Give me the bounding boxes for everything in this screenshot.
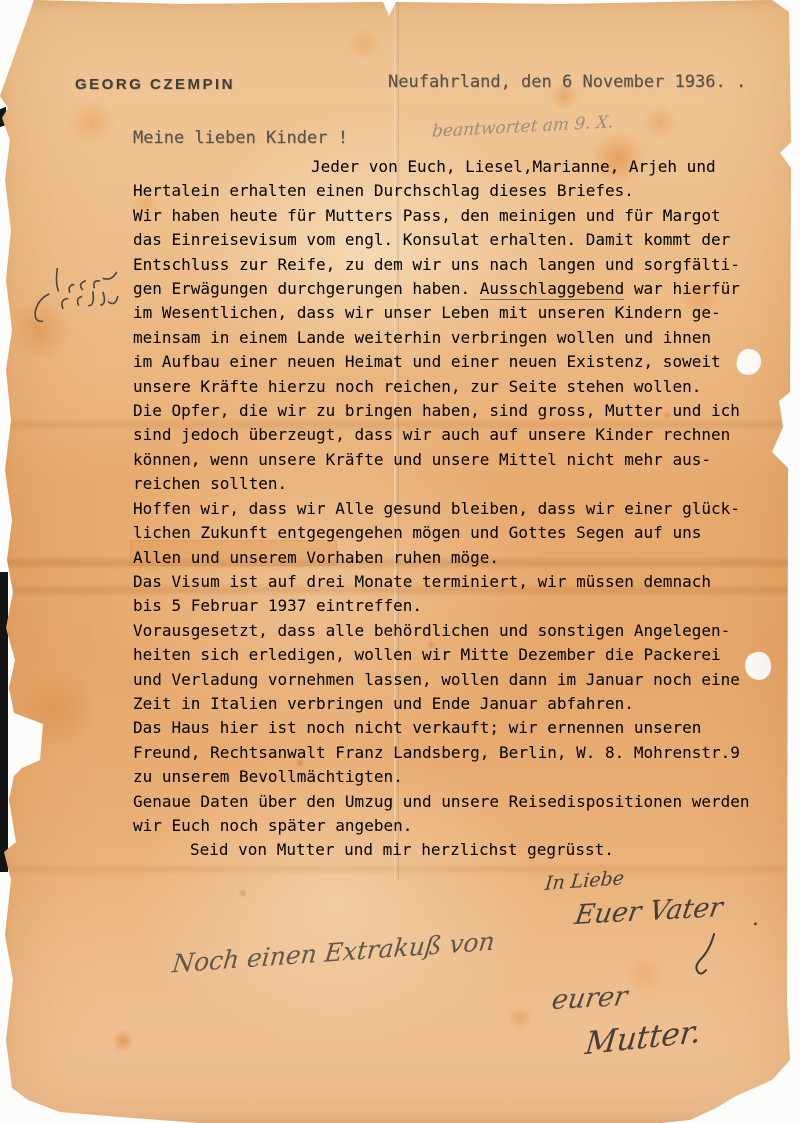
typed-line: Zeit in Italien verbringen und Ende Janu… <box>133 692 800 716</box>
typed-line-with-underline: gen Erwägungen durchgerungen haben. Auss… <box>133 277 800 301</box>
typed-line: bis 5 Februar 1937 eintreffen. <box>133 594 800 618</box>
typed-line: das Einreisevisum vom engl. Konsulat erh… <box>133 228 800 252</box>
typed-line: heiten sich erledigen, wollen wir Mitte … <box>133 643 800 667</box>
signature-flourish-icon <box>688 932 722 982</box>
typed-line: Wir haben heute für Mutters Pass, den me… <box>133 204 800 228</box>
salutation: Meine lieben Kinder ! <box>133 128 348 148</box>
typed-line-farewell: Seid von Mutter und mir herzlichst gegrü… <box>133 838 800 862</box>
typed-line: im Wesentlichen, dass wir unser Leben mi… <box>133 301 800 325</box>
letterhead-name: GEORG CZEMPIN <box>75 76 235 93</box>
typed-line: lichen Zukunft entgegengehen mögen und G… <box>133 521 800 545</box>
handwritten-eurer: eurer <box>550 981 630 1016</box>
typed-text: war hierfür <box>624 279 740 298</box>
typed-line: Freund, Rechtsanwalt Franz Landsberg, Be… <box>133 741 800 765</box>
typed-line: Allen und unserem Vorhaben ruhen möge. <box>133 546 800 570</box>
typed-line: Hertalein erhalten einen Durchschlag die… <box>133 179 800 203</box>
date-line: Neufahrland, den 6 November 1936. . <box>388 72 746 92</box>
typed-line: Hoffen wir, dass wir Alle gesund bleiben… <box>133 497 800 521</box>
typed-text: gen Erwägungen durchgerungen haben. <box>133 279 480 298</box>
typed-line: und Verladung vornehmen lassen, wollen d… <box>133 668 800 692</box>
handwritten-in-liebe: In Liebe <box>544 867 625 895</box>
pencil-annotation: beantwortet am 9. X. <box>431 112 614 142</box>
typed-line: im Aufbau einer neuen Heimat und einer n… <box>133 350 800 374</box>
horizontal-crease <box>0 862 800 876</box>
typed-line: wir Euch noch später angeben. <box>133 814 800 838</box>
typed-line: unsere Kräfte hierzu noch reichen, zur S… <box>133 375 800 399</box>
typed-line: sind jedoch überzeugt, dass wir auch auf… <box>133 423 800 447</box>
underlined-word: Ausschlaggebend <box>480 279 625 300</box>
typed-line: meinsam in einem Lande weiterhin verbrin… <box>133 326 800 350</box>
typed-line: zu unserem Bevollmächtigten. <box>133 765 800 789</box>
typed-line: Genaue Daten über den Umzug und unsere R… <box>133 790 800 814</box>
ink-dot: . <box>752 906 759 931</box>
mother-signature: Mutter. <box>583 1014 702 1063</box>
letter-body: Jeder von Euch, Liesel,Marianne, Arjeh u… <box>133 155 800 863</box>
typed-line: Das Visum ist auf drei Monate terminiert… <box>133 570 800 594</box>
typed-line: reichen sollten. <box>133 472 800 496</box>
hebrew-margin-note-icon <box>0 258 131 347</box>
typed-line: können, wenn unsere Kräfte und unsere Mi… <box>133 448 800 472</box>
father-signature: Euer Vater <box>573 892 725 931</box>
scanned-letter-page: GEORG CZEMPIN Neufahrland, den 6 Novembe… <box>0 0 800 1123</box>
typed-line: Jeder von Euch, Liesel,Marianne, Arjeh u… <box>133 155 800 179</box>
typed-line: Das Haus hier ist noch nicht verkauft; w… <box>133 716 800 740</box>
handwritten-extra-kiss-line: Noch einen Extrakuß von <box>171 927 496 979</box>
typed-line: Entschluss zur Reife, zu dem wir uns nac… <box>133 253 800 277</box>
scanner-black-edge <box>0 572 8 872</box>
typed-line: Vorausgesetzt, dass alle behördlichen un… <box>133 619 800 643</box>
aged-paper-sheet: GEORG CZEMPIN Neufahrland, den 6 Novembe… <box>0 0 800 1123</box>
typed-line: Die Opfer, die wir zu bringen haben, sin… <box>133 399 800 423</box>
